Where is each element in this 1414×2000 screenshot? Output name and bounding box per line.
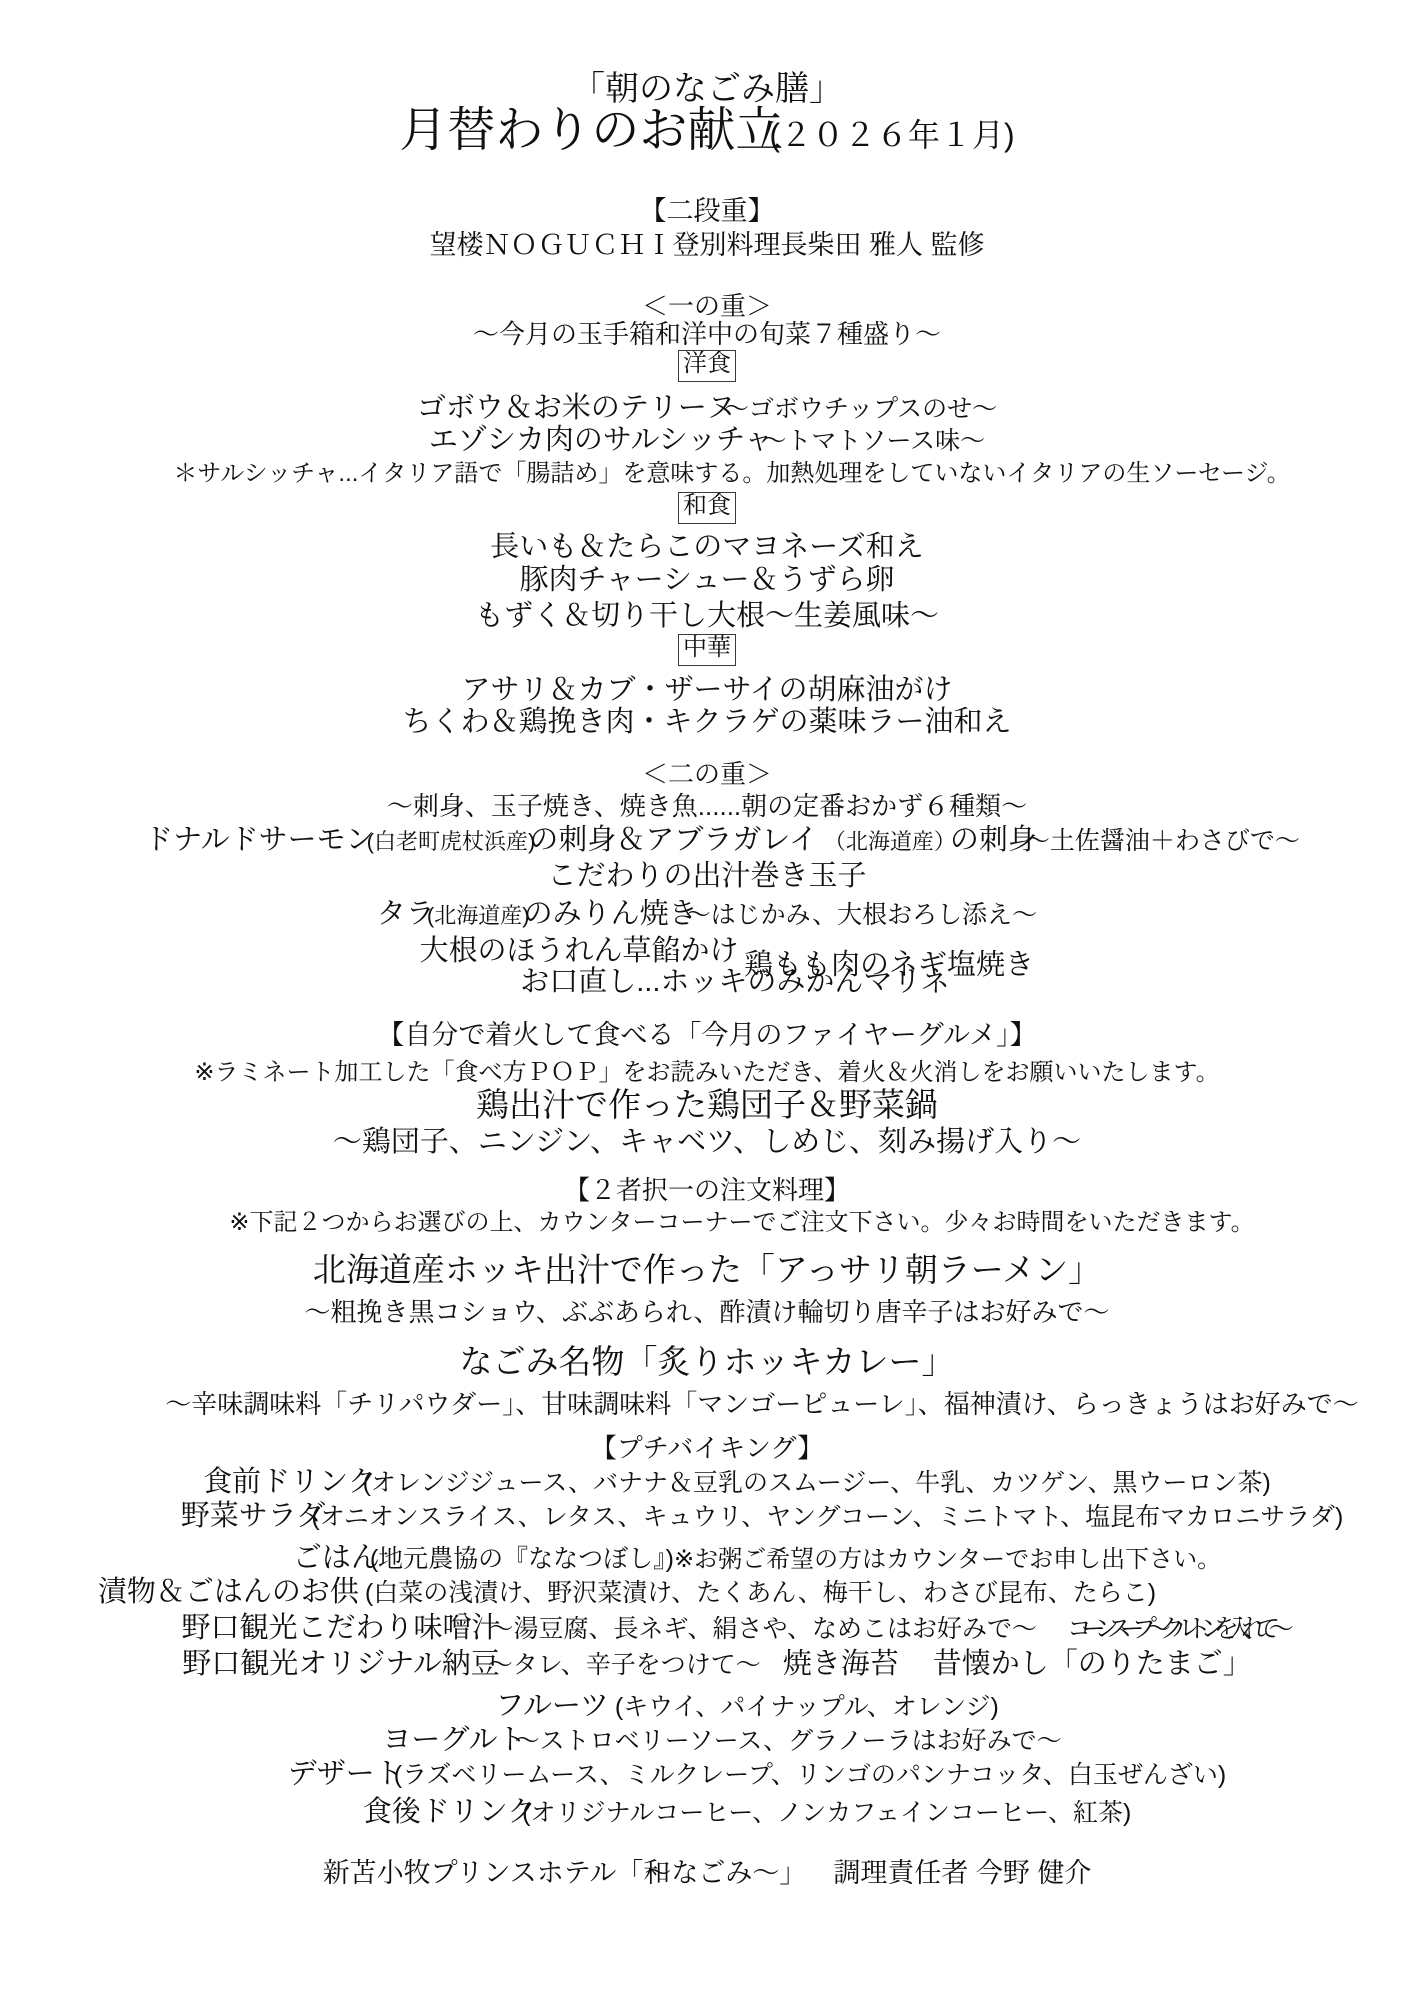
sashimi-text-4: （北海道産） [824, 830, 956, 855]
supervisor-text-0: 望楼ＮＯＧＵＣＨＩ登別料理長柴田 雅人 監修 [429, 230, 984, 260]
section-nidanju-header: 【二段重】 [640, 196, 775, 226]
tara-text-3: ～はじかみ、大根おろし添え～ [686, 901, 1038, 929]
natto-text-1: ～タレ、辛子をつけて～ [488, 1651, 761, 1679]
salsiccia-text-1: ～トマトソース味～ [761, 427, 985, 455]
menu-item-salsiccia: エゾシカ肉のサルシッチャ～トマトソース味～ [429, 424, 985, 456]
mozuku-text-0: もずく＆切り干し大根～生姜風味～ [475, 600, 939, 632]
daikon-ankake-text-0: 大根のほうれん草餡かけ [419, 935, 738, 967]
category-label-chuka: 中華 [678, 634, 736, 666]
buffet-item-drink-after: 食後ドリンク(オリジナルコーヒー、ノンカフェインコーヒー、紅茶) [363, 1796, 1132, 1828]
section-ichinoju-header: ＜一の重＞ [642, 292, 772, 321]
title-main-text-0: 月替わりのお献立 [399, 104, 783, 158]
choice-note: ※下記２つからお選びの上、カウンターコーナーでご注文下さい。少々お時間をいただき… [229, 1210, 1254, 1237]
okuchinaoshi-text-0: お口直し...ホッキのみかんマリネ [520, 966, 950, 998]
ramen-text-0: 北海道産ホッキ出汁で作った「アっサリ朝ラーメン」 [313, 1252, 1101, 1289]
footer-text-0: 新苫小牧プリンスホテル「和 [323, 1858, 671, 1888]
supervisor-credit: 望楼ＮＯＧＵＣＨＩ登別料理長柴田 雅人 監修 [429, 230, 984, 260]
category-label-yoshoku: 洋食 [678, 350, 736, 382]
title-quote-text-0: 「朝のなごみ膳」 [571, 70, 843, 108]
fire-gourmet-note: ※ラミネート加工した「食べ方ＰＯＰ」をお読みいただき、着火＆火消しをお願いいたし… [194, 1060, 1219, 1087]
menu-item-asari: アサリ＆カブ・ザーサイの胡麻油がけ [462, 674, 953, 706]
fire-header-text-0: 【自分で着火して食べる「今月のファイヤーグルメ」】 [377, 1020, 1036, 1050]
natto-text-0: 野口観光オリジナル納豆 [182, 1648, 500, 1680]
buffet-item-drink-before: 食前ドリンク(オレンジジュース、バナナ＆豆乳のスムージー、牛乳、カツゲン、黒ウー… [203, 1466, 1271, 1498]
nagaimo-text-0: 長いも＆たらこのマヨネーズ和え [490, 531, 924, 563]
salsiccia-note-text-0: ＊サルシッチャ...イタリア語で「腸詰め」を意味する。加熱処理をしていないイタリ… [173, 461, 1290, 488]
miso-text-0: 野口観光こだわり味噌汁 [181, 1612, 500, 1644]
tori-nabe-text-0: 鶏出汁で作った鶏団子＆野菜鍋 [476, 1087, 938, 1124]
ramen-sub-text-0: ～粗挽き黒コショウ、ぶぶあられ、酢漬け輪切り唐辛子はお好みで～ [305, 1298, 1110, 1327]
miso-text-2: コーンスープ～クルトンを入れて～ [1067, 1615, 1283, 1643]
natto-text-2: 焼き海苔 [783, 1648, 899, 1680]
fruits-text-1: (キウイ、パイナップル、オレンジ) [615, 1693, 999, 1721]
tara-text-1: (北海道産) [427, 904, 530, 929]
section-choice-header: 【２者択一の注文料理】 [564, 1176, 850, 1205]
ninoju-header-text-0: ＜二の重＞ [642, 760, 772, 789]
section-fire-gourmet-header: 【自分で着火して食べる「今月のファイヤーグルメ」】 [377, 1020, 1036, 1050]
buffet-item-miso-soup: 野口観光こだわり味噌汁～湯豆腐、長ネギ、絹さや、なめこはお好みで～コーンスープ～… [181, 1612, 1282, 1644]
drink-after-text-0: 食後ドリンク [363, 1796, 536, 1828]
buffet-item-tsukemono: 漬物＆ごはんのお供(白菜の浅漬け、野沢菜漬け、たくあん、梅干し、わさび昆布、たら… [98, 1576, 1156, 1608]
drink-after-text-1: (オリジナルコーヒー、ノンカフェインコーヒー、紅茶) [522, 1799, 1131, 1827]
asari-text-0: アサリ＆カブ・ザーサイの胡麻油がけ [462, 674, 953, 706]
menu-item-tara: タラ(北海道産)のみりん焼き～はじかみ、大根おろし添え～ [377, 898, 1037, 930]
footer-text-1: ～なごみ～」 [644, 1858, 806, 1888]
buffet-item-gohan: ごはん(地元農協の『ななつぼし』)※お粥ご希望の方はカウンターでお申し出下さい。 [293, 1542, 1221, 1574]
fruits-text-0: フルーツ [495, 1690, 609, 1722]
drink-before-text-1: (オレンジジュース、バナナ＆豆乳のスムージー、牛乳、カツゲン、黒ウーロン茶) [363, 1469, 1271, 1497]
drink-before-text-0: 食前ドリンク [203, 1466, 376, 1498]
menu-item-okuchinaoshi: お口直し...ホッキのみかんマリネ [520, 966, 950, 998]
section-ichinoju-subtitle: ～今月の玉手箱和洋中の旬菜７種盛り～ [473, 320, 941, 349]
gobou-terrine-text-0: ゴボウ＆お米のテリーヌ [417, 392, 736, 424]
yogurt-text-0: ヨーグルト [382, 1724, 526, 1756]
buffet-item-dessert: デザート(ラズベリームース、ミルクレープ、リンゴのパンナコッタ、白玉ぜんざい) [288, 1758, 1226, 1790]
menu-item-mozuku: もずく＆切り干し大根～生姜風味～ [475, 600, 939, 632]
sashimi-text-1: (白老町虎杖浜産) [367, 830, 536, 855]
menu-title-quote: 「朝のなごみ膳」 [571, 70, 843, 108]
footer-credit: 新苫小牧プリンスホテル「和～なごみ～」 調理責任者 今野 健介 [323, 1858, 1092, 1888]
tsukemono-text-0: 漬物＆ごはんのお供 [98, 1576, 359, 1608]
sashimi-text-0: ドナルドサーモン [144, 824, 375, 856]
sashimi-text-2: の刺身＆ [529, 824, 645, 856]
natto-text-3: 昔懐かし「のりたまご」 [933, 1648, 1252, 1680]
menu-item-daikon-ankake: 大根のほうれん草餡かけ [419, 935, 738, 967]
buffet-item-salad: 野菜サラダ(オニオンスライス、レタス、キュウリ、ヤングコーン、ミニトマト、塩昆布… [181, 1500, 1344, 1532]
salad-text-0: 野菜サラダ [181, 1500, 326, 1532]
chikuwa-text-0: ちくわ＆鶏挽き肉・キクラゲの薬味ラー油和え [402, 706, 1011, 738]
title-main-text-1: (２０２６年１月) [769, 118, 1014, 154]
menu-item-sashimi: ドナルドサーモン(白老町虎杖浜産)の刺身＆アブラガレイ（北海道産）の刺身～土佐醤… [144, 824, 1300, 856]
dessert-text-1: (ラズベリームース、ミルクレープ、リンゴのパンナコッタ、白玉ぜんざい) [394, 1761, 1226, 1789]
ramen-subtitle: ～粗挽き黒コショウ、ぶぶあられ、酢漬け輪切り唐辛子はお好みで～ [305, 1298, 1110, 1327]
buffet-item-fruits: フルーツ(キウイ、パイナップル、オレンジ) [495, 1690, 999, 1722]
tara-text-2: のみりん焼き [524, 898, 698, 930]
menu-item-chashu: 豚肉チャーシュー＆うずら卵 [520, 564, 895, 596]
footer-text-2: 調理責任者 今野 健介 [806, 1858, 1091, 1888]
chashu-text-0: 豚肉チャーシュー＆うずら卵 [520, 564, 895, 596]
yogurt-text-1: ～ストロベリーソース、グラノーラはお好みで～ [515, 1727, 1062, 1755]
sashimi-text-3: アブラガレイ [645, 824, 818, 856]
tsukemono-text-1: (白菜の浅漬け、野沢菜漬け、たくあん、梅干し、わさび昆布、たらこ) [365, 1579, 1156, 1607]
salad-text-1: (オニオンスライス、レタス、キュウリ、ヤングコーン、ミニトマト、塩昆布マカロニサ… [311, 1503, 1343, 1531]
salsiccia-footnote: ＊サルシッチャ...イタリア語で「腸詰め」を意味する。加熱処理をしていないイタリ… [173, 461, 1290, 488]
sashimi-text-5: の刺身 [950, 824, 1037, 856]
menu-item-gobou-terrine: ゴボウ＆お米のテリーヌ～ゴボウチップスのせ～ [417, 392, 997, 424]
gobou-terrine-text-1: ～ゴボウチップスのせ～ [724, 395, 997, 423]
ichinoju-header-text-0: ＜一の重＞ [642, 292, 772, 321]
section-buffet-header: 【プチバイキング】 [591, 1434, 823, 1463]
choice-header-text-0: 【２者択一の注文料理】 [564, 1176, 850, 1205]
sashimi-text-6: ～土佐醤油＋わさびで～ [1025, 827, 1300, 855]
salsiccia-text-0: エゾシカ肉のサルシッチャ [429, 424, 773, 456]
gohan-text-2: ※お粥ご希望の方はカウンターでお申し出下さい。 [674, 1547, 1221, 1574]
gohan-text-1: (地元農協の『ななつぼし』) [370, 1545, 674, 1573]
curry-sub-text-0: ～辛味調味料「チリパウダー」、甘味調味料「マンゴーピューレ」、福神漬け、らっきょ… [165, 1390, 1358, 1419]
curry-text-0: なごみ名物「炙りホッキカレー」 [460, 1344, 955, 1381]
yoshoku-label-text-0: 洋食 [678, 350, 736, 382]
menu-item-tori-nabe: 鶏出汁で作った鶏団子＆野菜鍋 [476, 1087, 938, 1124]
tori-nabe-subtitle: ～鶏団子、ニンジン、キャベツ、しめじ、刻み揚げ入り～ [333, 1126, 1081, 1158]
menu-item-curry: なごみ名物「炙りホッキカレー」 [460, 1344, 955, 1381]
buffet-item-natto: 野口観光オリジナル納豆～タレ、辛子をつけて～焼き海苔昔懐かし「のりたまご」 [182, 1648, 1252, 1680]
washoku-label-text-0: 和食 [678, 492, 736, 524]
buffet-item-yogurt: ヨーグルト～ストロベリーソース、グラノーラはお好みで～ [382, 1724, 1061, 1756]
menu-item-dashimaki: こだわりの出汁巻き玉子 [547, 860, 866, 892]
miso-text-1: ～湯豆腐、長ネギ、絹さや、なめこはお好みで～ [488, 1615, 1037, 1643]
menu-item-chikuwa: ちくわ＆鶏挽き肉・キクラゲの薬味ラー油和え [402, 706, 1011, 738]
buffet-header-text-0: 【プチバイキング】 [591, 1434, 823, 1463]
dessert-text-0: デザート [288, 1758, 404, 1790]
menu-item-ramen: 北海道産ホッキ出汁で作った「アっサリ朝ラーメン」 [313, 1252, 1101, 1289]
gohan-text-0: ごはん [293, 1542, 380, 1574]
fire-note-text-0: ※ラミネート加工した「食べ方ＰＯＰ」をお読みいただき、着火＆火消しをお願いいたし… [194, 1060, 1219, 1087]
menu-main-title: 月替わりのお献立(２０２６年１月) [399, 104, 1014, 158]
curry-subtitle: ～辛味調味料「チリパウダー」、甘味調味料「マンゴーピューレ」、福神漬け、らっきょ… [165, 1390, 1358, 1419]
dashimaki-text-0: こだわりの出汁巻き玉子 [547, 860, 866, 892]
choice-note-text-0: ※下記２つからお選びの上、カウンターコーナーでご注文下さい。少々お時間をいただき… [229, 1210, 1254, 1237]
nidanju-header-text-0: 【二段重】 [640, 196, 775, 226]
section-ninoju-header: ＜二の重＞ [642, 760, 772, 789]
chuka-label-text-0: 中華 [678, 634, 736, 666]
menu-item-nagaimo: 長いも＆たらこのマヨネーズ和え [490, 531, 924, 563]
category-label-washoku: 和食 [678, 492, 736, 524]
tori-nabe-sub-text-0: ～鶏団子、ニンジン、キャベツ、しめじ、刻み揚げ入り～ [333, 1126, 1081, 1158]
ninoju-subtitle-text-0: ～刺身、玉子焼き、焼き魚......朝の定番おかず６種類～ [387, 792, 1027, 821]
menu-document: 「朝のなごみ膳」月替わりのお献立(２０２６年１月)【二段重】望楼ＮＯＧＵＣＨＩ登… [0, 0, 1414, 2000]
ichinoju-subtitle-text-0: ～今月の玉手箱和洋中の旬菜７種盛り～ [473, 320, 941, 349]
section-ninoju-subtitle: ～刺身、玉子焼き、焼き魚......朝の定番おかず６種類～ [387, 792, 1027, 821]
